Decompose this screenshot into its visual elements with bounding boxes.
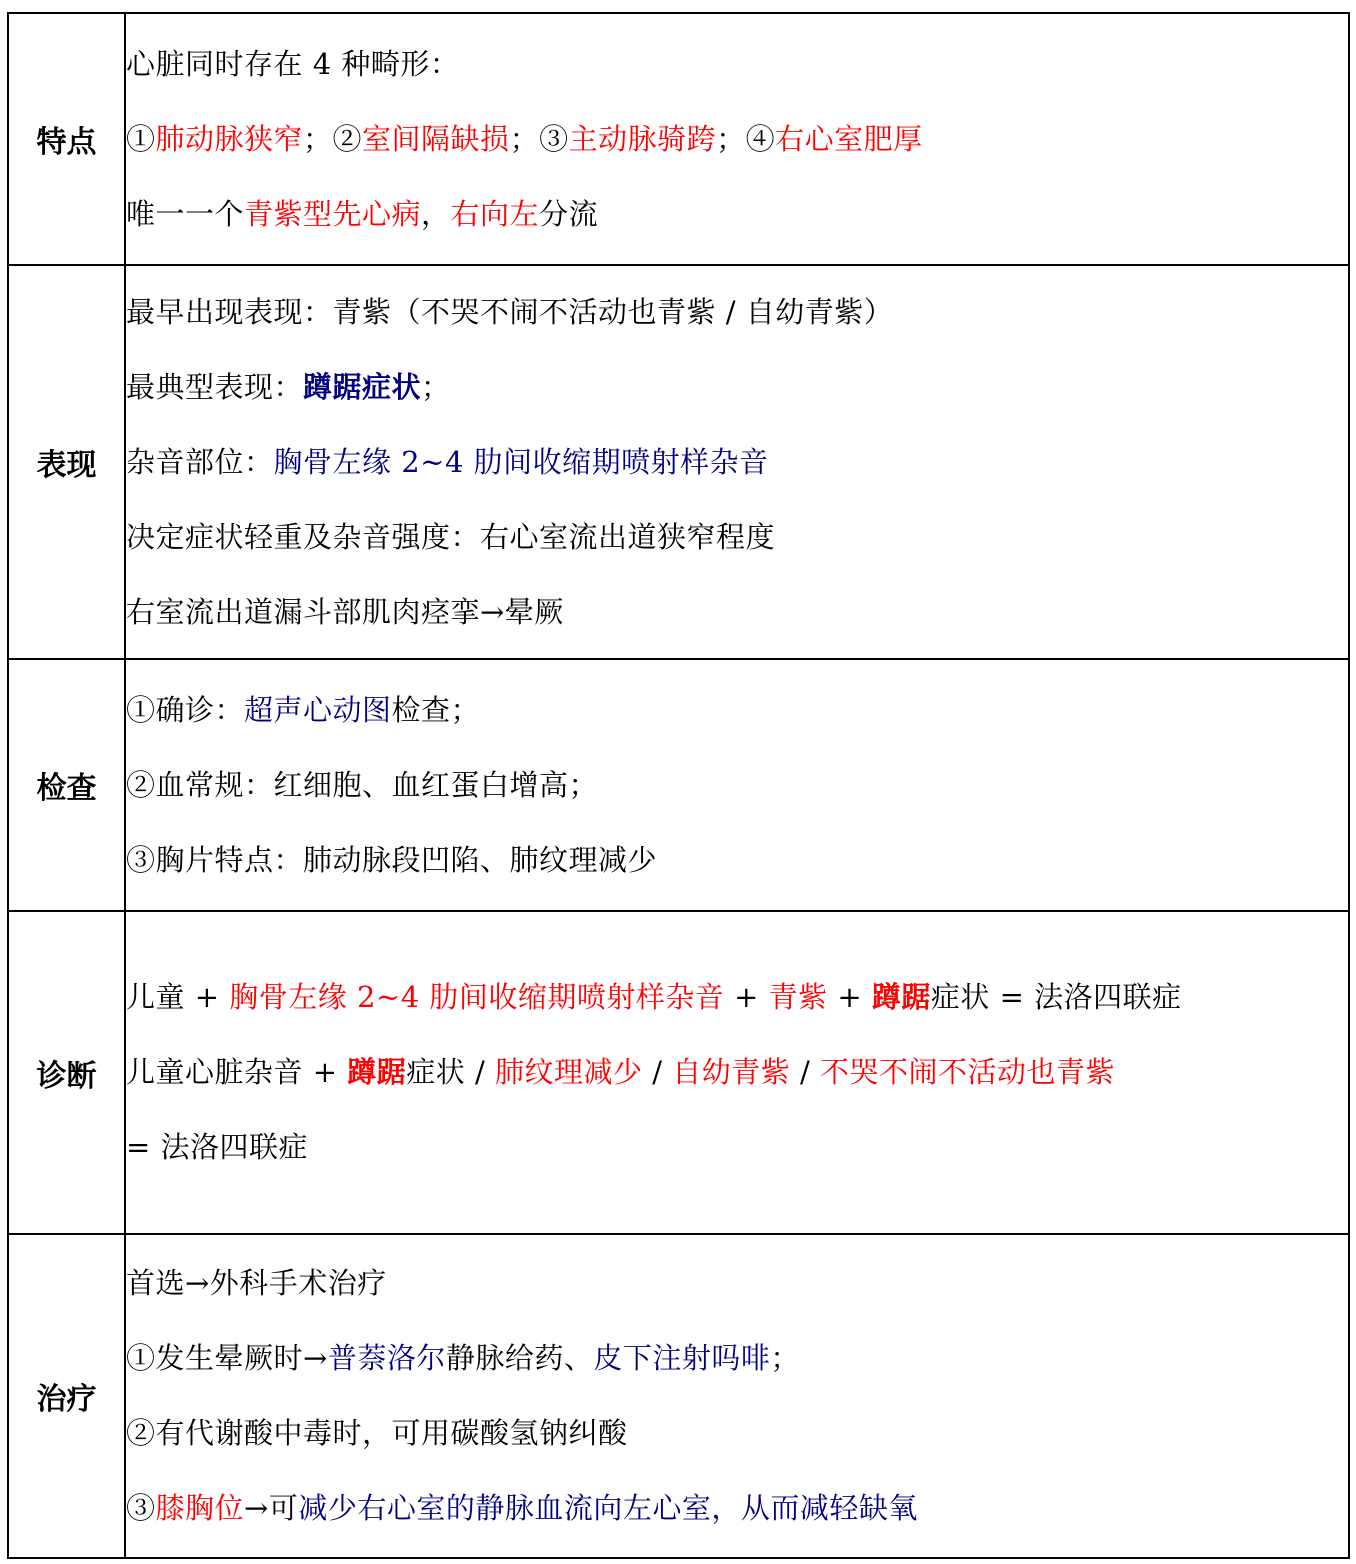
- text-line: 最早出现表现：青紫（不哭不闹不活动也青紫 / 自幼青紫）: [126, 275, 1348, 350]
- row-content: 首选→外科手术治疗①发生晕厥时→普萘洛尔静脉给药、皮下注射吗啡；②有代谢酸中毒时…: [125, 1234, 1349, 1558]
- text-segment: 静脉给药、: [446, 1341, 594, 1375]
- row-label: 表现: [8, 265, 125, 659]
- highlight-navy: 普萘洛尔: [328, 1341, 446, 1375]
- row-label: 检查: [8, 659, 125, 911]
- highlight-red: 右向左: [451, 197, 540, 231]
- highlight-red: 青紫型先心病: [244, 197, 421, 231]
- text-segment: ；④: [716, 122, 775, 156]
- text-line: = 法洛四联症: [126, 1110, 1348, 1185]
- notes-table: 特点 心脏同时存在 4 种畸形：①肺动脉狭窄；②室间隔缺损；③主动脉骑跨；④右心…: [7, 12, 1350, 1559]
- row-label: 特点: [8, 13, 125, 265]
- text-line: ③胸片特点：肺动脉段凹陷、肺纹理减少: [126, 823, 1348, 898]
- highlight-red: 室间隔缺损: [362, 122, 510, 156]
- highlight-red: 肺纹理减少: [495, 1055, 643, 1089]
- row-label: 诊断: [8, 911, 125, 1234]
- highlight-navy: 胸骨左缘 2~4 肋间收缩期喷射样杂音: [274, 445, 769, 479]
- text-line: 心脏同时存在 4 种畸形：: [126, 27, 1348, 102]
- highlight-navy: 蹲踞症状: [303, 370, 421, 404]
- row-manifestations: 表现 最早出现表现：青紫（不哭不闹不活动也青紫 / 自幼青紫）最典型表现：蹲踞症…: [8, 265, 1349, 659]
- highlight-navy: 超声心动图: [244, 693, 392, 727]
- row-features: 特点 心脏同时存在 4 种畸形：①肺动脉狭窄；②室间隔缺损；③主动脉骑跨；④右心…: [8, 13, 1349, 265]
- text-segment: ；③: [510, 122, 569, 156]
- text-line: 首选→外科手术治疗: [126, 1246, 1348, 1321]
- text-segment: 检查；: [392, 693, 481, 727]
- text-segment: ；: [421, 370, 451, 404]
- text-segment: 首选→外科手术治疗: [126, 1266, 387, 1300]
- text-segment: 最典型表现：: [126, 370, 303, 404]
- highlight-red: 自幼青紫: [672, 1055, 790, 1089]
- text-segment: /: [790, 1055, 820, 1089]
- highlight-red: 青紫: [769, 980, 828, 1014]
- text-segment: ；②: [303, 122, 362, 156]
- row-content: 最早出现表现：青紫（不哭不闹不活动也青紫 / 自幼青紫）最典型表现：蹲踞症状；杂…: [125, 265, 1349, 659]
- text-segment: 症状 /: [406, 1055, 495, 1089]
- highlight-red: 蹲踞: [872, 980, 931, 1014]
- text-segment: 症状 = 法洛四联症: [931, 980, 1182, 1014]
- text-line: ③膝胸位→可减少右心室的静脉血流向左心室，从而减轻缺氧: [126, 1471, 1348, 1546]
- highlight-red: 不哭不闹不活动也青紫: [820, 1055, 1115, 1089]
- highlight-red: 肺动脉狭窄: [156, 122, 304, 156]
- text-line: 儿童 + 胸骨左缘 2~4 肋间收缩期喷射样杂音 + 青紫 + 蹲踞症状 = 法…: [126, 960, 1348, 1035]
- text-segment: 心脏同时存在 4 种畸形：: [126, 47, 459, 81]
- text-segment: 最早出现表现：青紫（不哭不闹不活动也青紫 / 自幼青紫）: [126, 295, 893, 329]
- row-content: 儿童 + 胸骨左缘 2~4 肋间收缩期喷射样杂音 + 青紫 + 蹲踞症状 = 法…: [125, 911, 1349, 1234]
- row-content: 心脏同时存在 4 种畸形：①肺动脉狭窄；②室间隔缺损；③主动脉骑跨；④右心室肥厚…: [125, 13, 1349, 265]
- text-segment: ，: [421, 197, 451, 231]
- text-segment: 决定症状轻重及杂音强度：右心室流出道狭窄程度: [126, 520, 775, 554]
- text-segment: +: [828, 980, 872, 1014]
- highlight-red: 右心室肥厚: [775, 122, 923, 156]
- text-segment: ③胸片特点：肺动脉段凹陷、肺纹理减少: [126, 843, 657, 877]
- text-segment: 右室流出道漏斗部肌肉痉挛→晕厥: [126, 595, 564, 629]
- text-line: 最典型表现：蹲踞症状；: [126, 350, 1348, 425]
- text-line: ①发生晕厥时→普萘洛尔静脉给药、皮下注射吗啡；: [126, 1321, 1348, 1396]
- text-segment: +: [724, 980, 768, 1014]
- text-segment: ①发生晕厥时→: [126, 1341, 328, 1375]
- text-line: 儿童心脏杂音 + 蹲踞症状 / 肺纹理减少 / 自幼青紫 / 不哭不闹不活动也青…: [126, 1035, 1348, 1110]
- text-line: 右室流出道漏斗部肌肉痉挛→晕厥: [126, 575, 1348, 650]
- text-line: ②有代谢酸中毒时，可用碳酸氢钠纠酸: [126, 1396, 1348, 1471]
- highlight-navy: 皮下注射吗啡: [593, 1341, 770, 1375]
- text-line: 唯一一个青紫型先心病，右向左分流: [126, 177, 1348, 252]
- text-line: ②血常规：红细胞、血红蛋白增高；: [126, 748, 1348, 823]
- text-segment: 儿童心脏杂音 +: [126, 1055, 347, 1089]
- row-examination: 检查 ①确诊：超声心动图检查；②血常规：红细胞、血红蛋白增高；③胸片特点：肺动脉…: [8, 659, 1349, 911]
- highlight-red: 胸骨左缘 2~4 肋间收缩期喷射样杂音: [229, 980, 724, 1014]
- text-line: ①肺动脉狭窄；②室间隔缺损；③主动脉骑跨；④右心室肥厚: [126, 102, 1348, 177]
- text-segment: ②有代谢酸中毒时，可用碳酸氢钠纠酸: [126, 1416, 628, 1450]
- text-segment: 杂音部位：: [126, 445, 274, 479]
- text-segment: 分流: [539, 197, 598, 231]
- text-segment: ①: [126, 122, 156, 156]
- text-segment: ；: [770, 1341, 800, 1375]
- row-diagnosis: 诊断 儿童 + 胸骨左缘 2~4 肋间收缩期喷射样杂音 + 青紫 + 蹲踞症状 …: [8, 911, 1349, 1234]
- text-segment: ②血常规：红细胞、血红蛋白增高；: [126, 768, 598, 802]
- text-line: 杂音部位：胸骨左缘 2~4 肋间收缩期喷射样杂音: [126, 425, 1348, 500]
- text-segment: ①确诊：: [126, 693, 244, 727]
- text-segment: = 法洛四联症: [126, 1130, 308, 1164]
- text-segment: /: [643, 1055, 673, 1089]
- text-segment: 儿童 +: [126, 980, 229, 1014]
- highlight-red: 膝胸位: [156, 1491, 245, 1525]
- text-segment: →可: [244, 1491, 298, 1525]
- text-line: ①确诊：超声心动图检查；: [126, 673, 1348, 748]
- text-line: 决定症状轻重及杂音强度：右心室流出道狭窄程度: [126, 500, 1348, 575]
- text-segment: ③: [126, 1491, 156, 1525]
- text-segment: 唯一一个: [126, 197, 244, 231]
- row-treatment: 治疗 首选→外科手术治疗①发生晕厥时→普萘洛尔静脉给药、皮下注射吗啡；②有代谢酸…: [8, 1234, 1349, 1558]
- highlight-red: 主动脉骑跨: [569, 122, 717, 156]
- highlight-navy: 减少右心室的静脉血流向左心室，从而减轻缺氧: [298, 1491, 918, 1525]
- row-label: 治疗: [8, 1234, 125, 1558]
- row-content: ①确诊：超声心动图检查；②血常规：红细胞、血红蛋白增高；③胸片特点：肺动脉段凹陷…: [125, 659, 1349, 911]
- highlight-red: 蹲踞: [347, 1055, 406, 1089]
